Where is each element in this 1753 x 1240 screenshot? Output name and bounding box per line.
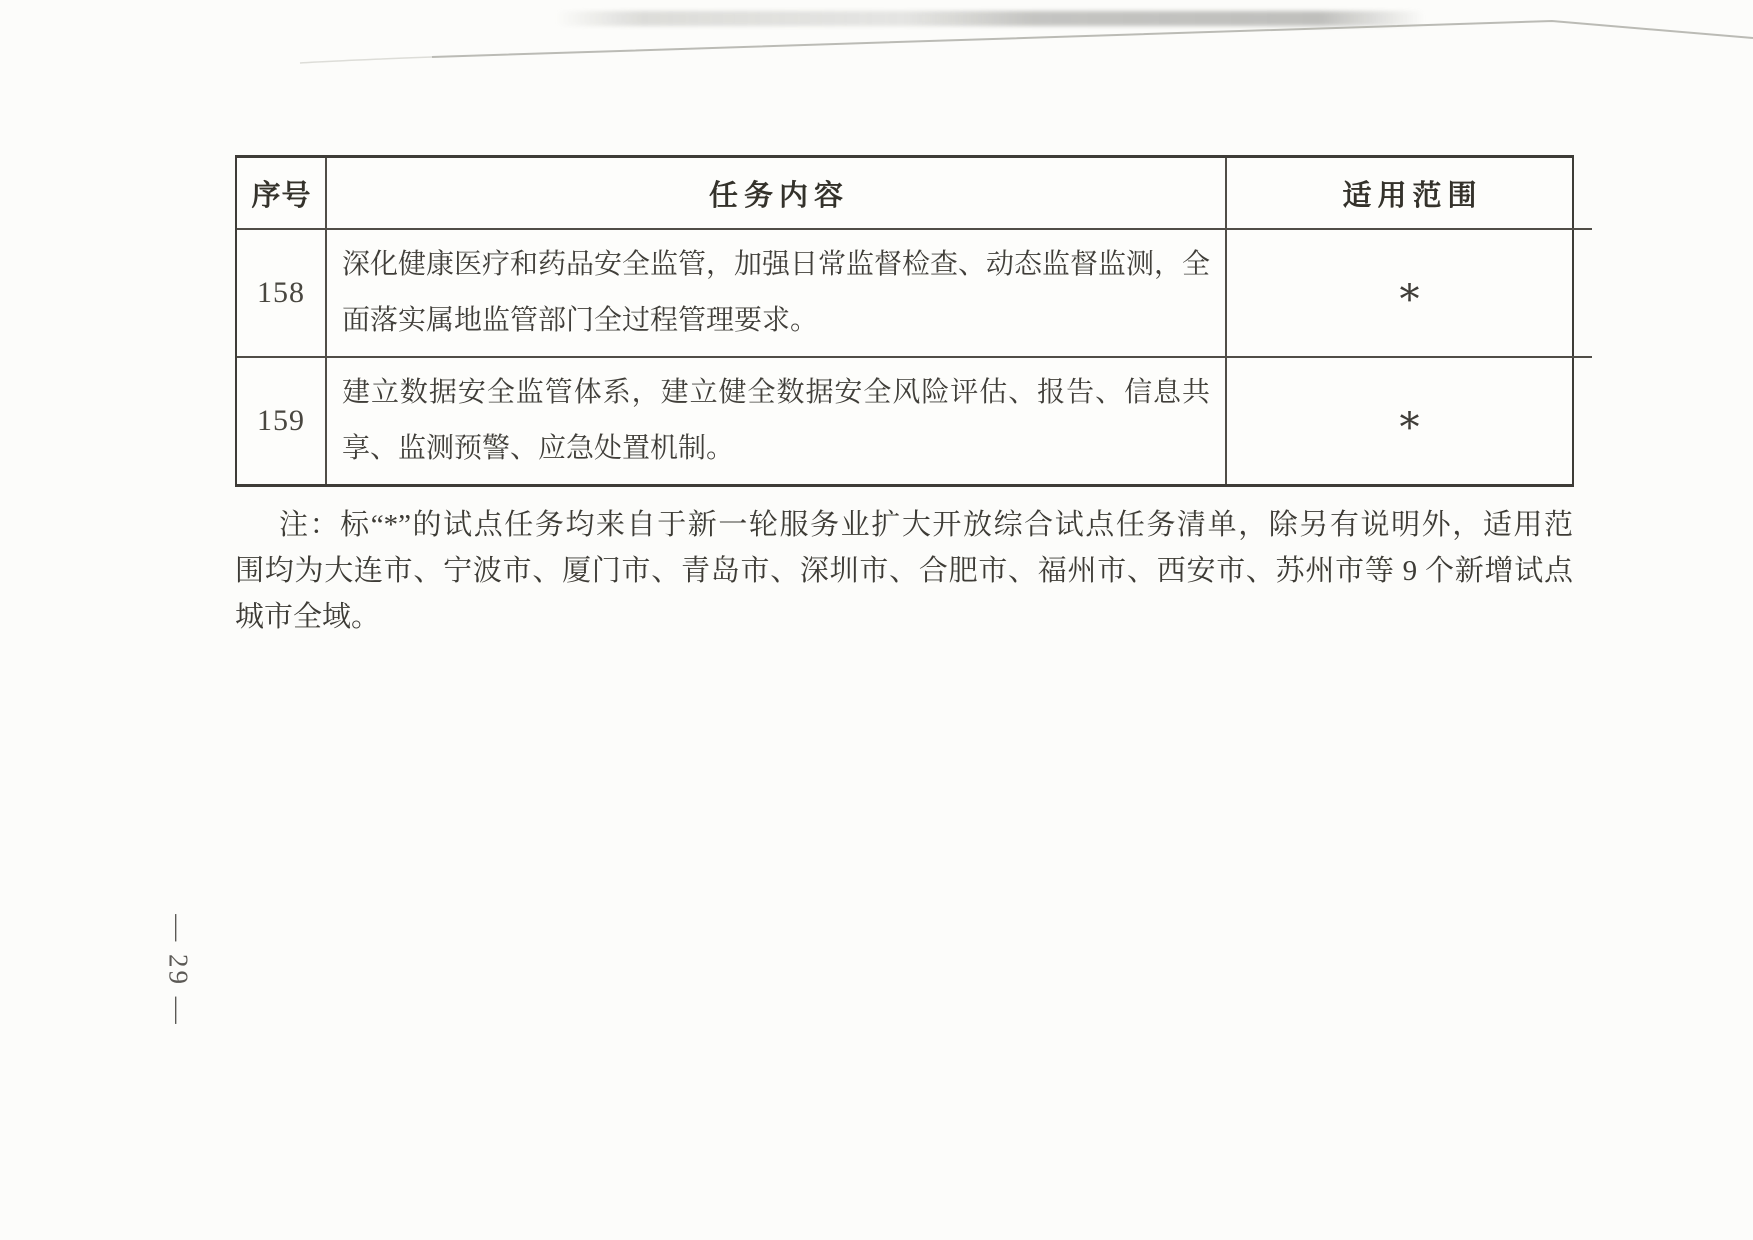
row-159-content-line-1: 建立数据安全监管体系，建立健全数据安全风险评估、报告、信息共 <box>342 365 1210 421</box>
document-page: 序号 任务内容 适用范围 158 深化健康医疗和药品安全监管，加强日常监督检查、… <box>0 0 1753 1240</box>
note-paragraph: 注：标“*”的试点任务均来自于新一轮服务业扩大开放综合试点任务清单，除另有说明外… <box>235 502 1573 640</box>
row-159-index: 159 <box>237 356 325 484</box>
table-header-content: 任务内容 <box>325 158 1225 228</box>
asterisk-mark: * <box>1400 405 1420 451</box>
row-158-content-line-1: 深化健康医疗和药品安全监管，加强日常监督检查、动态监督监测，全 <box>342 237 1210 293</box>
row-158-content-line-2: 面落实属地监管部门全过程管理要求。 <box>342 293 1210 349</box>
row-158-content: 深化健康医疗和药品安全监管，加强日常监督检查、动态监督监测，全 面落实属地监管部… <box>325 228 1225 356</box>
table-header-scope: 适用范围 <box>1225 158 1592 228</box>
row-158-scope: * <box>1225 228 1592 356</box>
page-number: — 29 — <box>163 896 194 1046</box>
asterisk-mark: * <box>1400 277 1420 323</box>
note-line-2: 围均为大连市、宁波市、厦门市、青岛市、深圳市、合肥市、福州市、西安市、苏州市等 … <box>235 548 1573 594</box>
row-159-scope: * <box>1225 356 1592 484</box>
note-line-3: 城市全域。 <box>235 594 1573 640</box>
row-158-index: 158 <box>237 228 325 356</box>
task-table: 序号 任务内容 适用范围 158 深化健康医疗和药品安全监管，加强日常监督检查、… <box>235 155 1574 487</box>
row-159-content-line-2: 享、监测预警、应急处置机制。 <box>342 421 1210 477</box>
note-line-1: 注：标“*”的试点任务均来自于新一轮服务业扩大开放综合试点任务清单，除另有说明外… <box>235 502 1573 548</box>
scan-smudge-artifact <box>555 11 1425 26</box>
table-header-index: 序号 <box>237 158 325 228</box>
row-159-content: 建立数据安全监管体系，建立健全数据安全风险评估、报告、信息共 享、监测预警、应急… <box>325 356 1225 484</box>
